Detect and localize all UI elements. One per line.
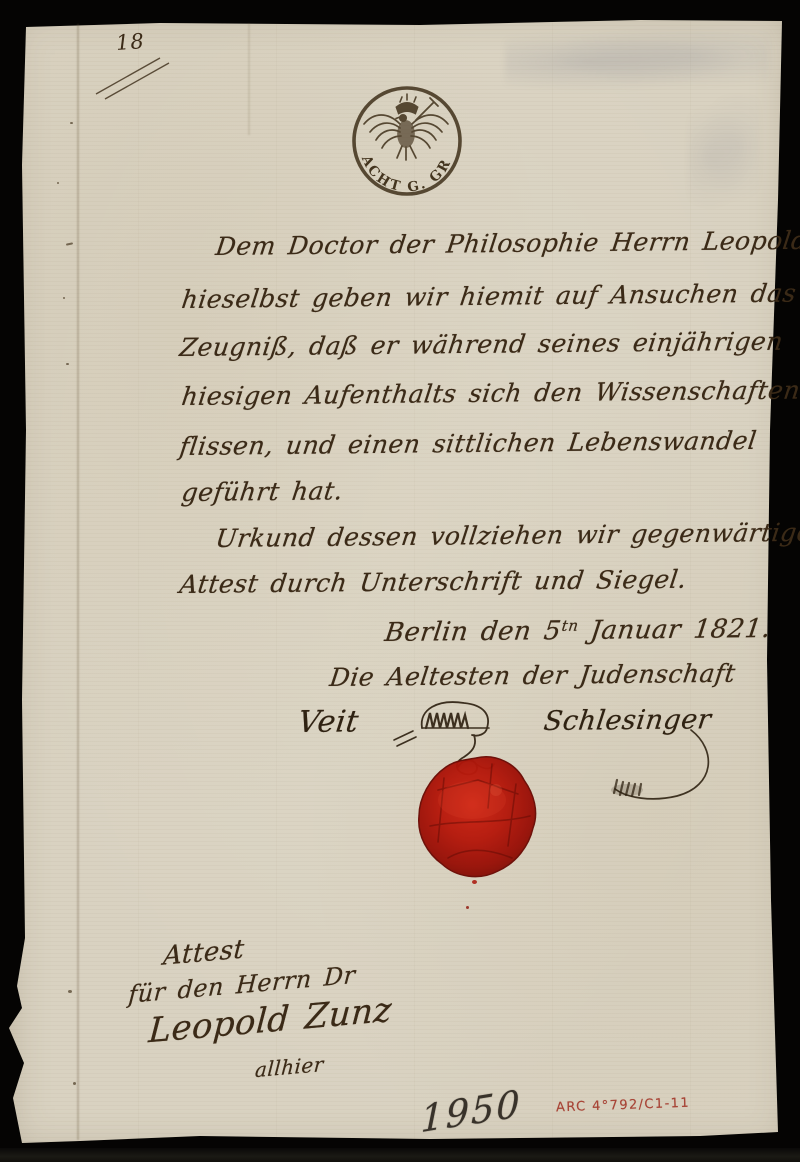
revenue-stamp: ACHT G. GROSCHEN [348, 82, 466, 200]
eagle-icon [364, 115, 448, 160]
paper-speck [66, 363, 69, 365]
letter-line-6: geführt hat. [180, 476, 345, 507]
paper-speck [70, 122, 73, 124]
scanned-document-photo: 18 [0, 0, 800, 1162]
table-edge [0, 1148, 800, 1162]
paper-speck [63, 297, 65, 299]
docket-allhier: allhier [254, 1052, 324, 1082]
crown-icon [396, 94, 418, 114]
dateline: Berlin den 5tn Januar 1821. [383, 614, 773, 648]
signature-veit: Veit [296, 704, 361, 740]
letter-line-1: Dem Doctor der Philosophie Herrn Leopold… [214, 225, 800, 261]
wax-fleck [472, 880, 477, 884]
signatory-title: Die Aeltesten der Judenschaft [328, 659, 737, 692]
wax-seal [408, 750, 548, 888]
letter-line-5: flissen, und einen sittlichen Lebenswand… [178, 426, 759, 461]
signature-flourish [555, 712, 720, 812]
wax-fleck [466, 906, 469, 909]
ink-bleedthrough [688, 95, 760, 220]
paper-speck [68, 990, 72, 993]
short-top-crease [248, 23, 250, 135]
ink-bleedthrough [505, 28, 770, 96]
paper-speck [57, 182, 59, 184]
letter-line-8: Attest durch Unterschrift und Siegel. [178, 565, 689, 599]
paper-speck [73, 1082, 76, 1085]
docket: Attest für den Herrn Dr Leopold Zunz all… [100, 902, 375, 1104]
vertical-fold-crease [77, 24, 79, 1140]
docket-attest: Attest [162, 934, 245, 971]
dateline-prefix: Berlin den 5 [383, 616, 563, 648]
letter-line-7: Urkund dessen vollziehen wir gegenwärtig… [214, 518, 800, 553]
page-number-slashes [90, 50, 172, 100]
dateline-rest: Januar 1821. [576, 614, 773, 646]
